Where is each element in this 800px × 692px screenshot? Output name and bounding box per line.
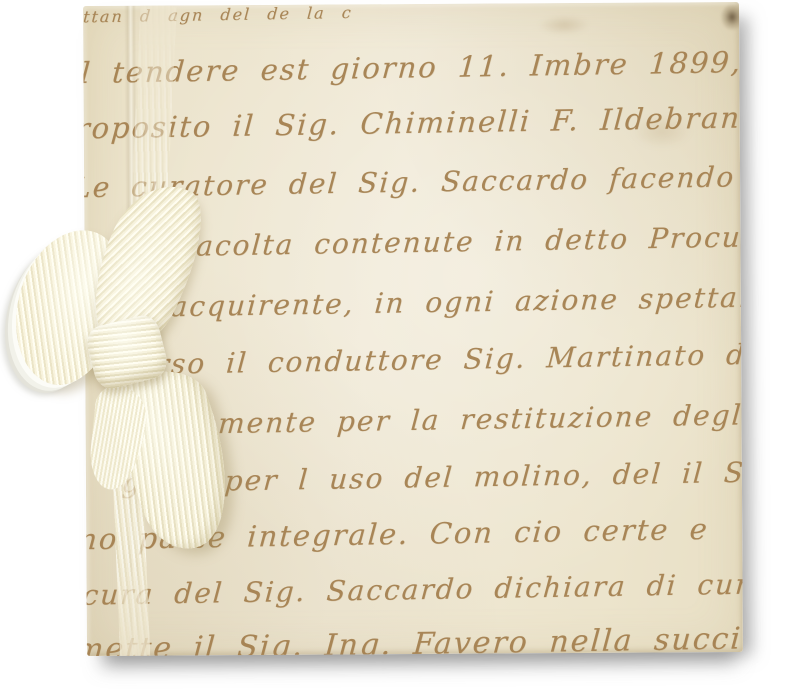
ribbon-bow: [0, 0, 260, 600]
script-line: mette il Sig. Ing. Favero nella succitat…: [83, 618, 743, 656]
paper-stain-middle: [632, 114, 692, 148]
ink-stain-top-right: [720, 3, 743, 31]
paper-stain-top: [538, 15, 590, 35]
photo-stage: il tendere est giorno 11. Imbre 1899, es…: [0, 0, 800, 692]
